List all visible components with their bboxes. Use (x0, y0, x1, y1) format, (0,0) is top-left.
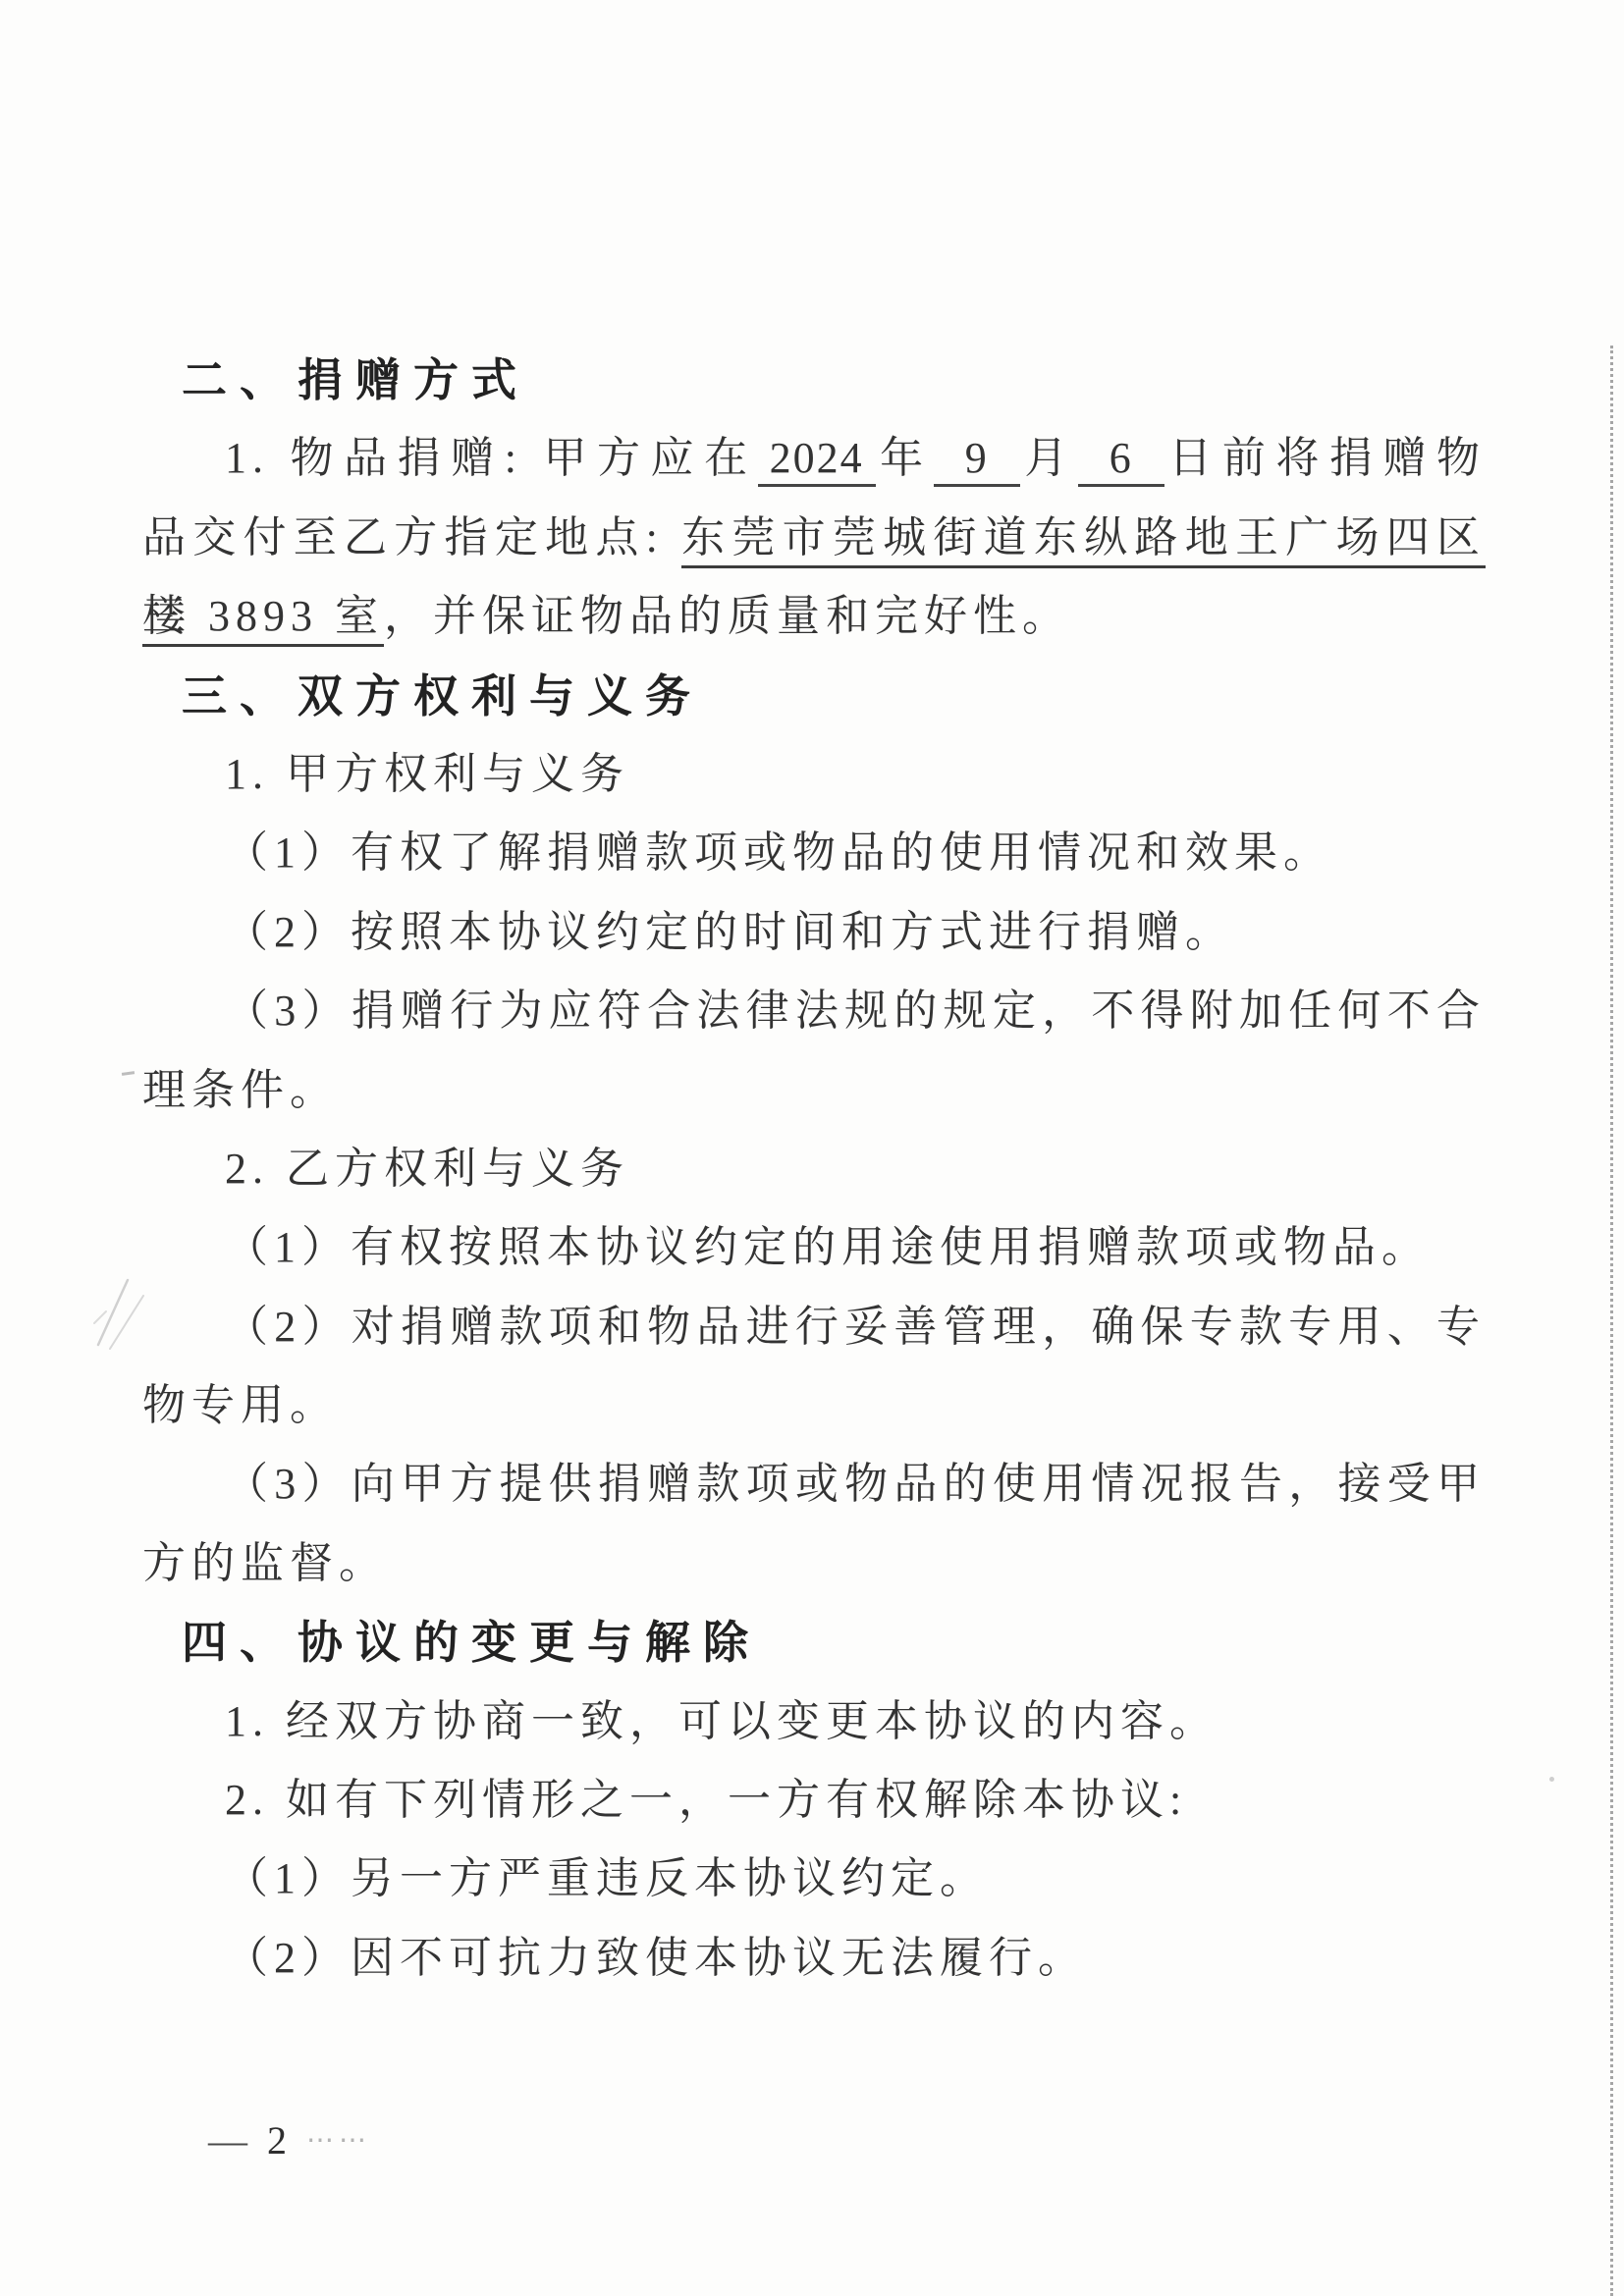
paragraph-line: 1. 物品捐赠: 甲方应在2024年9月6日前将捐赠物 (142, 419, 1486, 498)
fill-in-blank: 6 (1078, 434, 1164, 487)
text-run: （1）有权按照本协议约定的用途使用捐赠款项或物品。 (225, 1223, 1431, 1271)
paragraph-line: （2）对捐赠款项和物品进行妥善管理，确保专款专用、专 (142, 1288, 1486, 1366)
text-run: 1. 甲方权利与义务 (225, 750, 629, 798)
paragraph-line: 方的监督。 (142, 1524, 1486, 1603)
paragraph-line: （3）捐赠行为应符合法律法规的规定，不得附加任何不合 (142, 972, 1486, 1050)
text-run: （1）另一方严重违反本协议约定。 (225, 1854, 989, 1902)
paragraph-line: （1）有权按照本协议约定的用途使用捐赠款项或物品。 (142, 1208, 1486, 1287)
text-run: 四、协议的变更与解除 (182, 1617, 761, 1668)
paragraph-line: （2）按照本协议约定的时间和方式进行捐赠。 (142, 893, 1486, 972)
text-run: 2. 如有下列情形之一，一方有权解除本协议: (225, 1776, 1187, 1824)
text-run: （1）有权了解捐赠款项或物品的使用情况和效果。 (225, 828, 1332, 877)
paragraph-line: 楼 3893 室，并保证物品的质量和完好性。 (142, 577, 1486, 656)
text-run: 方的监督。 (142, 1539, 388, 1587)
text-run: （2）对捐赠款项和物品进行妥善管理，确保专款专用、专 (225, 1303, 1486, 1351)
text-run: 年 (876, 434, 934, 482)
page-footer: — 2 ⋯⋯ (208, 2110, 371, 2169)
text-run: 三、双方权利与义务 (182, 670, 703, 721)
section-heading: 三、双方权利与义务 (142, 657, 1486, 735)
text-run: （3）捐赠行为应符合法律法规的规定，不得附加任何不合 (225, 987, 1486, 1035)
text-run: 理条件。 (142, 1066, 339, 1114)
scan-artifact-speck (1549, 1777, 1554, 1782)
paragraph-line: （1）另一方严重违反本协议约定。 (142, 1840, 1486, 1918)
paragraph-line: 理条件。 (142, 1051, 1486, 1130)
fill-in-blank: 9 (934, 434, 1020, 487)
text-run: 月 (1020, 434, 1078, 482)
paragraph-line: 品交付至乙方指定地点: 东莞市莞城街道东纵路地王广场四区三 (142, 499, 1486, 577)
text-run: ，并保证物品的质量和完好性。 (384, 592, 1071, 640)
footer-dash-right: ⋯⋯ (306, 2123, 371, 2157)
text-run: （2）按照本协议约定的时间和方式进行捐赠。 (225, 908, 1234, 956)
paragraph-line: （1）有权了解捐赠款项或物品的使用情况和效果。 (142, 814, 1486, 892)
section-heading: 四、协议的变更与解除 (142, 1603, 1486, 1682)
paragraph-line: 1. 甲方权利与义务 (142, 735, 1486, 814)
paragraph-line: 2. 乙方权利与义务 (142, 1130, 1486, 1208)
page-number: 2 (267, 2117, 289, 2163)
document-page: 二、捐赠方式1. 物品捐赠: 甲方应在2024年9月6日前将捐赠物品交付至乙方指… (0, 0, 1624, 2296)
text-run: 1. 经双方协商一致，可以变更本协议的内容。 (225, 1697, 1218, 1745)
fill-in-blank: 2024 (758, 434, 876, 487)
paragraph-line: （3）向甲方提供捐赠款项或物品的使用情况报告，接受甲 (142, 1445, 1486, 1523)
text-run: （3）向甲方提供捐赠款项或物品的使用情况报告，接受甲 (225, 1460, 1486, 1508)
paragraph-line: 1. 经双方协商一致，可以变更本协议的内容。 (142, 1682, 1486, 1761)
text-run: 物专用。 (142, 1381, 339, 1429)
paragraph-line: 物专用。 (142, 1366, 1486, 1445)
scan-artifact-pen-mark (86, 1255, 165, 1353)
footer-dash-left: — (208, 2117, 249, 2163)
text-run: 1. 物品捐赠: 甲方应在 (225, 434, 758, 482)
underlined-text: 楼 3893 室 (142, 592, 384, 647)
section-heading: 二、捐赠方式 (142, 341, 1486, 419)
document-body: 二、捐赠方式1. 物品捐赠: 甲方应在2024年9月6日前将捐赠物品交付至乙方指… (142, 341, 1486, 1998)
paragraph-line: 2. 如有下列情形之一，一方有权解除本协议: (142, 1761, 1486, 1840)
scan-artifact-tick (122, 1071, 135, 1076)
text-run: （2）因不可抗力致使本协议无法履行。 (225, 1934, 1087, 1982)
text-run: 品交付至乙方指定地点: (142, 513, 681, 561)
text-run: 日前将捐赠物 (1164, 434, 1486, 482)
text-run: 二、捐赠方式 (182, 354, 529, 405)
paragraph-line: （2）因不可抗力致使本协议无法履行。 (142, 1919, 1486, 1998)
scan-artifact-edge-line (1610, 346, 1613, 2296)
text-run: 2. 乙方权利与义务 (225, 1145, 629, 1193)
